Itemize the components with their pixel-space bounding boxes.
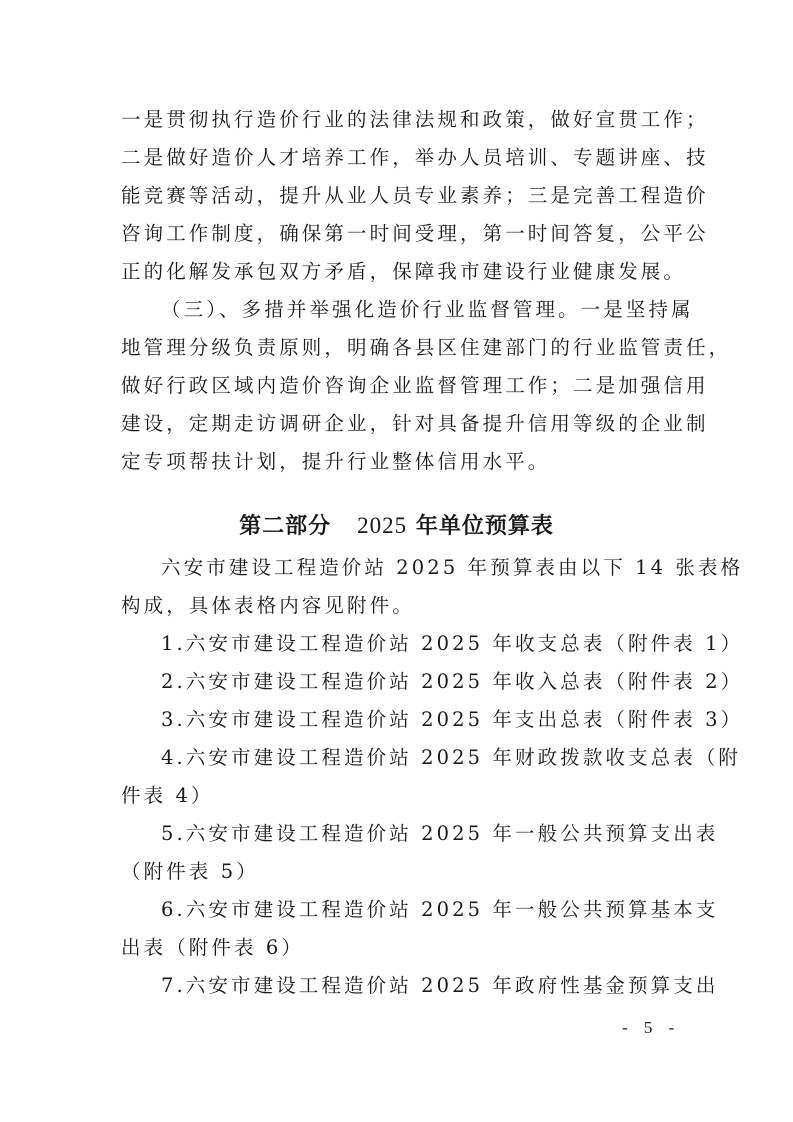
list-item-continuation: （附件表 5） — [121, 858, 681, 886]
text-line: 一是贯彻执行造价行业的法律法规和政策，做好宣贯工作； — [121, 106, 681, 134]
list-item: 6.六安市建设工程造价站 2025 年一般公共预算基本支 — [161, 896, 681, 924]
page-number: - 5 - — [622, 1018, 680, 1038]
list-item-continuation: 件表 4） — [121, 782, 681, 810]
text-line: 二是做好造价人才培养工作，举办人员培训、专题讲座、技 — [121, 144, 681, 172]
text-line: 咨询工作制度，确保第一时间受理，第一时间答复，公平公 — [121, 220, 681, 248]
heading-year: 2025 — [357, 513, 407, 538]
heading-part: 第二部分 — [239, 514, 331, 539]
list-item: 2.六安市建设工程造价站 2025 年收入总表（附件表 2） — [161, 668, 681, 696]
text-line: 能竞赛等活动，提升从业人员专业素养；三是完善工程造价 — [121, 182, 681, 210]
text-line: 地管理分级负责原则，明确各县区住建部门的行业监管责任， — [121, 334, 681, 362]
section-heading: 第二部分2025 年单位预算表 — [0, 510, 793, 543]
text-line: 做好行政区域内造价咨询企业监督管理工作；二是加强信用 — [121, 372, 681, 400]
text-line: 构成，具体表格内容见附件。 — [121, 592, 681, 620]
text-line: 建设，定期走访调研企业，针对具备提升信用等级的企业制 — [121, 410, 681, 438]
list-item: 5.六安市建设工程造价站 2025 年一般公共预算支出表 — [161, 820, 681, 848]
text-line: （三）、多措并举强化造价行业监督管理。一是坚持属 — [161, 296, 681, 324]
list-item: 3.六安市建设工程造价站 2025 年支出总表（附件表 3） — [161, 706, 681, 734]
list-item-continuation: 出表（附件表 6） — [121, 934, 681, 962]
list-item: 4.六安市建设工程造价站 2025 年财政拨款收支总表（附 — [161, 744, 681, 772]
text-line: 定专项帮扶计划，提升行业整体信用水平。 — [121, 448, 681, 476]
heading-title: 年单位预算表 — [416, 514, 554, 539]
text-line: 正的化解发承包双方矛盾，保障我市建设行业健康发展。 — [121, 258, 681, 286]
text-line: 六安市建设工程造价站 2025 年预算表由以下 14 张表格 — [161, 554, 681, 582]
list-item: 7.六安市建设工程造价站 2025 年政府性基金预算支出 — [161, 972, 681, 1000]
list-item: 1.六安市建设工程造价站 2025 年收支总表（附件表 1） — [161, 630, 681, 658]
